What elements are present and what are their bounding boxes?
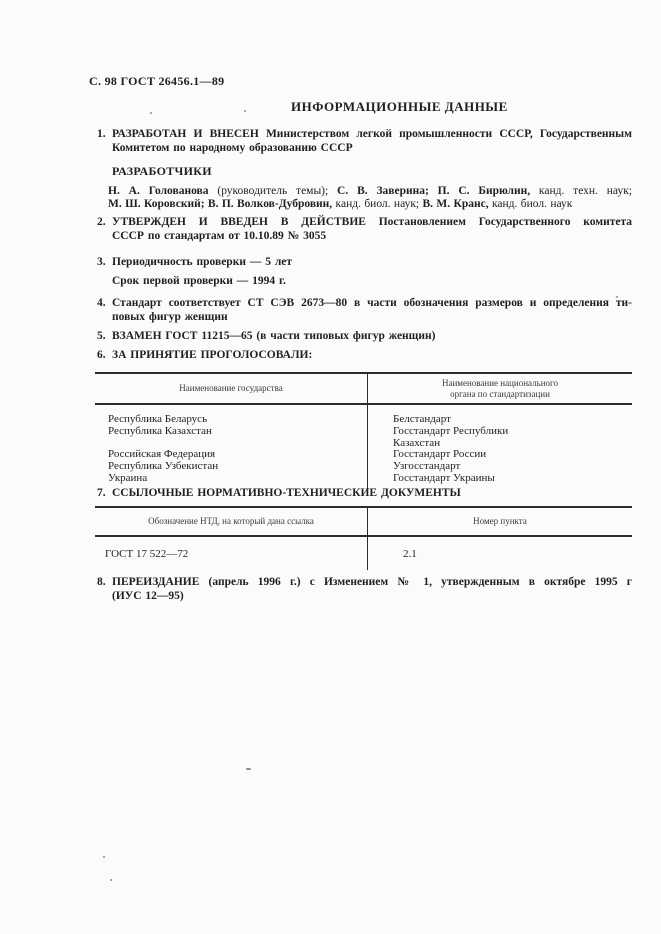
table-row: Республика БеларусьБелстандарт: [95, 405, 632, 426]
text-line: М. Ш. Коровский; В. П. Волков-Дубровин, …: [108, 198, 632, 211]
item-6-number: 6.: [97, 349, 106, 363]
text-segment: канд. биол. наук;: [336, 198, 423, 210]
text-segment: М. Ш. Коровский; В. П. Волков-Дубровин,: [108, 198, 336, 210]
vote-table-header-country: Наименование государства: [95, 374, 368, 403]
text-line: Н. А. Голованова (руководитель темы); С.…: [108, 185, 632, 198]
text-line: ССЫЛОЧНЫЕ НОРМАТИВНО-ТЕХНИЧЕСКИЕ ДОКУМЕН…: [112, 487, 632, 501]
item-5-number: 5.: [97, 330, 106, 344]
scan-artifact: [246, 768, 251, 770]
table-row: Республика УзбекистанУзгосстандарт: [95, 461, 632, 473]
item-7-text: ССЫЛОЧНЫЕ НОРМАТИВНО-ТЕХНИЧЕСКИЕ ДОКУМЕН…: [112, 487, 632, 501]
item-8: 8. ПЕРЕИЗДАНИЕ (апрель 1996 г.) с Измене…: [97, 576, 632, 603]
vote-table-header-org: Наименование национального органа по ста…: [368, 374, 632, 403]
table-row: ГОСТ 17 522—722.1: [95, 537, 632, 570]
scan-artifact: [616, 296, 618, 298]
vote-table: Наименование государства Наименование на…: [95, 372, 632, 490]
text-segment: (руководитель темы);: [217, 185, 337, 197]
item-1-number: 1.: [97, 128, 106, 142]
text-segment: В. М. Кранс,: [423, 198, 493, 210]
item-4-number: 4.: [97, 297, 106, 311]
table-cell-right: Белстандарт: [368, 405, 632, 426]
item-1-text: РАЗРАБОТАН И ВНЕСЕН Министерством легкой…: [112, 128, 632, 155]
first-check-note: Срок первой проверки — 1994 г.: [112, 275, 286, 287]
item-6: 6. ЗА ПРИНЯТИЕ ПРОГОЛОСОВАЛИ:: [97, 349, 632, 363]
text-line: РАЗРАБОТАН И ВНЕСЕН Министерством легкой…: [112, 128, 632, 142]
table-row: Республика КазахстанГосстандарт Республи…: [95, 426, 632, 438]
item-2-number: 2.: [97, 216, 106, 230]
reference-table-header-clause-label: Номер пункта: [368, 516, 632, 527]
vote-table-header-org-line1: Наименование национального: [368, 378, 632, 389]
text-line: УТВЕРЖДЕН И ВВЕДЕН В ДЕЙСТВИЕ Постановле…: [112, 216, 632, 230]
reference-table-header-ntd-label: Обозначение НТД, на который дана ссылка: [95, 516, 367, 527]
reference-table-header-clause: Номер пункта: [368, 508, 632, 535]
item-5-text: ВЗАМЕН ГОСТ 11215—65 (в части типовых фи…: [112, 330, 632, 344]
reference-table-header-row: Обозначение НТД, на который дана ссылка …: [95, 508, 632, 537]
text-line: ПЕРЕИЗДАНИЕ (апрель 1996 г.) с Изменение…: [112, 576, 632, 590]
item-1: 1. РАЗРАБОТАН И ВНЕСЕН Министерством лег…: [97, 128, 632, 155]
developers-paragraph: Н. А. Голованова (руководитель темы); С.…: [108, 185, 632, 211]
developers-heading: РАЗРАБОТЧИКИ: [112, 164, 212, 179]
text-line: повых фигур женщин: [112, 311, 632, 325]
vote-table-header-row: Наименование государства Наименование на…: [95, 374, 632, 405]
item-4: 4. Стандарт соответствует СТ СЭВ 2673—80…: [97, 297, 632, 324]
reference-table-body: ГОСТ 17 522—722.1: [95, 537, 632, 570]
item-3-number: 3.: [97, 256, 106, 270]
reference-table: Обозначение НТД, на который дана ссылка …: [95, 506, 632, 570]
text-segment: канд. техн. наук;: [539, 185, 632, 197]
scan-artifact: [110, 879, 112, 881]
vote-table-body: Республика БеларусьБелстандартРеспублика…: [95, 405, 632, 490]
item-3-text: Периодичность проверки — 5 лет: [112, 256, 632, 270]
reference-table-header-ntd: Обозначение НТД, на который дана ссылка: [95, 508, 368, 535]
item-2: 2. УТВЕРЖДЕН И ВВЕДЕН В ДЕЙСТВИЕ Постано…: [97, 216, 632, 243]
text-line: СССР по стандартам от 10.10.89 № 3055: [112, 230, 632, 244]
item-6-text: ЗА ПРИНЯТИЕ ПРОГОЛОСОВАЛИ:: [112, 349, 632, 363]
item-8-number: 8.: [97, 576, 106, 590]
text-segment: канд. биол. наук: [492, 198, 572, 210]
scan-artifact: [244, 110, 246, 112]
text-line: Комитетом по народному образованию СССР: [112, 142, 632, 156]
vote-table-header-org-line2: органа по стандартизации: [368, 389, 632, 400]
text-line: Стандарт соответствует СТ СЭВ 2673—80 в …: [112, 297, 632, 311]
table-cell-right: 2.1: [368, 537, 632, 570]
item-4-text: Стандарт соответствует СТ СЭВ 2673—80 в …: [112, 297, 632, 324]
text-line: (ИУС 12—95): [112, 590, 632, 604]
text-line: Периодичность проверки — 5 лет: [112, 256, 632, 270]
table-cell-left: Республика Беларусь: [95, 405, 368, 426]
scan-artifact: [103, 856, 105, 858]
document-title: ИНФОРМАЦИОННЫЕ ДАННЫЕ: [291, 99, 508, 115]
item-7: 7. ССЫЛОЧНЫЕ НОРМАТИВНО-ТЕХНИЧЕСКИЕ ДОКУ…: [97, 487, 632, 501]
item-7-number: 7.: [97, 487, 106, 501]
scan-artifact: [150, 112, 152, 114]
text-segment: С. В. Заверина; П. С. Бирюлин,: [337, 185, 539, 197]
text-line: ВЗАМЕН ГОСТ 11215—65 (в части типовых фи…: [112, 330, 632, 344]
item-2-text: УТВЕРЖДЕН И ВВЕДЕН В ДЕЙСТВИЕ Постановле…: [112, 216, 632, 243]
text-segment: Н. А. Голованова: [108, 185, 217, 197]
table-cell-right: Госстандарт Республики: [368, 426, 632, 438]
item-8-text: ПЕРЕИЗДАНИЕ (апрель 1996 г.) с Изменение…: [112, 576, 632, 603]
text-line: ЗА ПРИНЯТИЕ ПРОГОЛОСОВАЛИ:: [112, 349, 632, 363]
vote-table-header-country-label: Наименование государства: [95, 383, 367, 394]
scanned-document-page: С. 98 ГОСТ 26456.1—89 ИНФОРМАЦИОННЫЕ ДАН…: [0, 0, 661, 934]
item-3: 3. Периодичность проверки — 5 лет: [97, 256, 632, 270]
table-cell-left: Республика Казахстан: [95, 426, 368, 438]
page-header-ref: С. 98 ГОСТ 26456.1—89: [89, 74, 224, 89]
table-cell-left: ГОСТ 17 522—72: [95, 537, 368, 570]
item-5: 5. ВЗАМЕН ГОСТ 11215—65 (в части типовых…: [97, 330, 632, 344]
